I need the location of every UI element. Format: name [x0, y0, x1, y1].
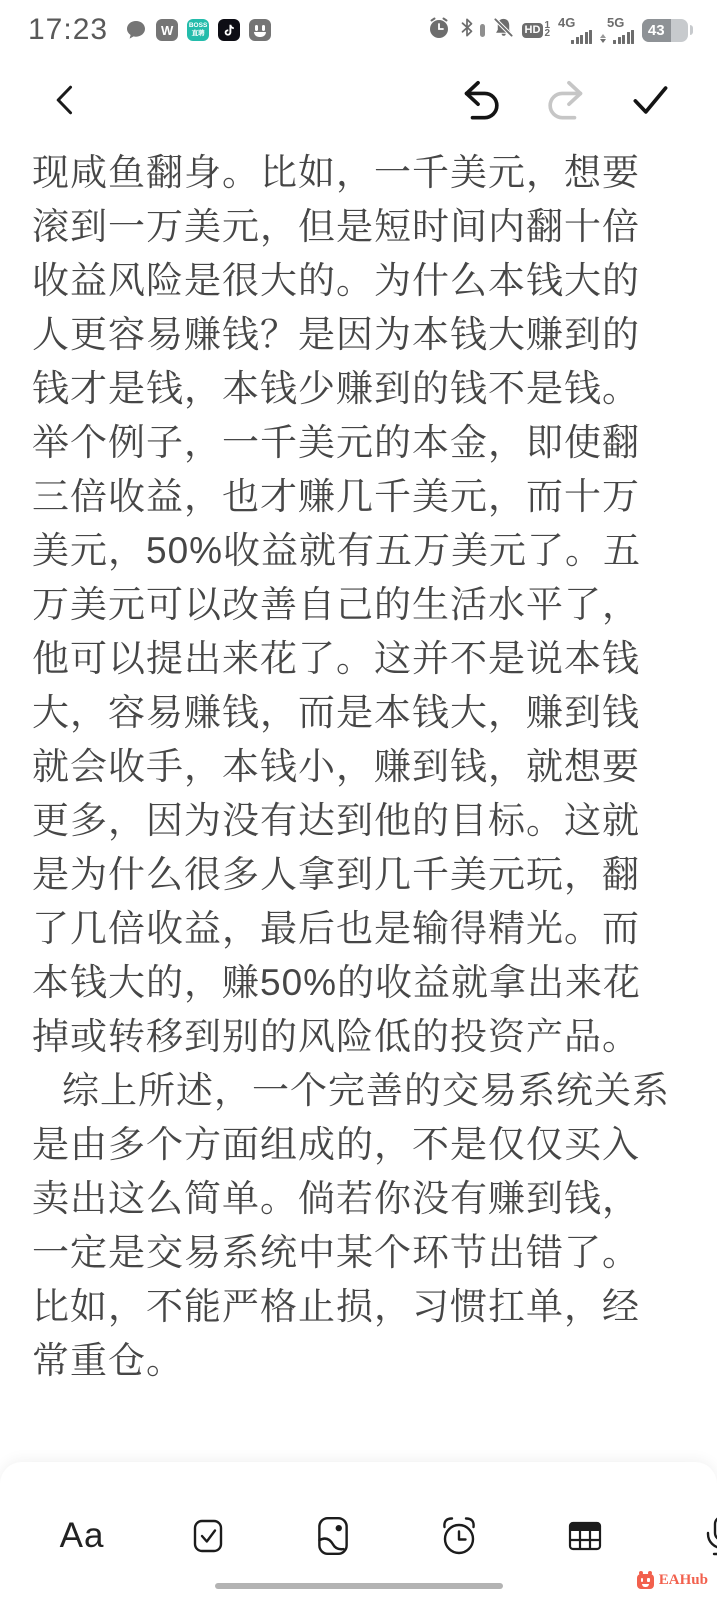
todo-checkbox-button[interactable] [186, 1514, 230, 1558]
status-bar: 17:23 W BOSS 直聘 [0, 0, 717, 56]
checkbox-icon [188, 1515, 228, 1557]
voice-record-button[interactable] [700, 1514, 717, 1558]
eahub-robot-icon [637, 1574, 654, 1589]
battery-percent: 43 [642, 19, 671, 42]
undo-icon [467, 83, 497, 118]
bluetooth-icon [458, 17, 476, 43]
signal-bars-sim1 [571, 30, 592, 44]
insert-table-button[interactable] [563, 1514, 607, 1558]
check-icon [635, 88, 665, 112]
text-style-button[interactable]: Aa [60, 1514, 104, 1558]
hd-sim-numbers: 1 2 [544, 22, 550, 38]
eahub-watermark: EAHub [637, 1572, 708, 1589]
alarm-status-icon [428, 17, 450, 44]
battery-indicator: 43 [642, 19, 688, 42]
redo-button[interactable] [545, 77, 591, 123]
volte-hd-badge: HD 1 2 [522, 22, 550, 38]
insert-image-button[interactable] [311, 1514, 355, 1558]
signal-sim2: 5G [600, 17, 634, 44]
mute-bell-icon [493, 17, 514, 43]
boss-zhipin-app-icon: BOSS 直聘 [187, 19, 209, 41]
watermark-label: EAHub [659, 1572, 708, 1589]
wps-letter: W [161, 23, 173, 38]
bluetooth-device-battery-icon [480, 24, 485, 37]
network-type-sim1: 4G [558, 17, 575, 29]
wps-app-icon: W [156, 19, 178, 41]
network-type-sim2: 5G [607, 17, 624, 29]
back-button[interactable] [48, 80, 84, 120]
tiktok-app-icon [218, 19, 240, 41]
text-style-label: Aa [60, 1516, 105, 1556]
note-paragraph-1: 现咸鱼翻身。比如，一千美元，想要滚到一万美元，但是短时间内翻十倍收益风险是很大的… [32, 146, 673, 1064]
microphone-icon [700, 1514, 717, 1558]
hd-label: HD [522, 23, 544, 38]
image-icon [313, 1514, 353, 1558]
note-paragraph-2: 综上所述，一个完善的交易系统关系是由多个方面组成的，不是仅仅买入卖出这么简单。倘… [32, 1064, 673, 1388]
data-activity-arrows-icon [600, 34, 606, 43]
editor-toolbar [0, 60, 717, 140]
battery-nub [690, 25, 693, 35]
undo-button[interactable] [456, 77, 502, 123]
message-bubble-icon [125, 19, 147, 41]
signal-bars-sim2 [613, 30, 634, 44]
bottom-toolbar: Aa [0, 1462, 717, 1600]
status-bar-left: 17:23 W BOSS 直聘 [28, 13, 271, 47]
alarm-clock-icon [437, 1514, 481, 1558]
reminder-alarm-button[interactable] [437, 1514, 481, 1558]
note-content[interactable]: 现咸鱼翻身。比如，一千美元，想要滚到一万美元，但是短时间内翻十倍收益风险是很大的… [0, 146, 717, 1388]
confirm-button[interactable] [628, 78, 672, 122]
table-icon [565, 1516, 605, 1556]
face-app-icon [249, 19, 271, 41]
status-bar-right: HD 1 2 4G 5G 43 [428, 17, 693, 44]
signal-sim1: 4G [558, 17, 592, 44]
notes-app-screen: 17:23 W BOSS 直聘 [0, 0, 717, 1600]
home-indicator[interactable] [215, 1583, 503, 1589]
redo-icon [550, 83, 580, 118]
status-time: 17:23 [28, 13, 108, 47]
